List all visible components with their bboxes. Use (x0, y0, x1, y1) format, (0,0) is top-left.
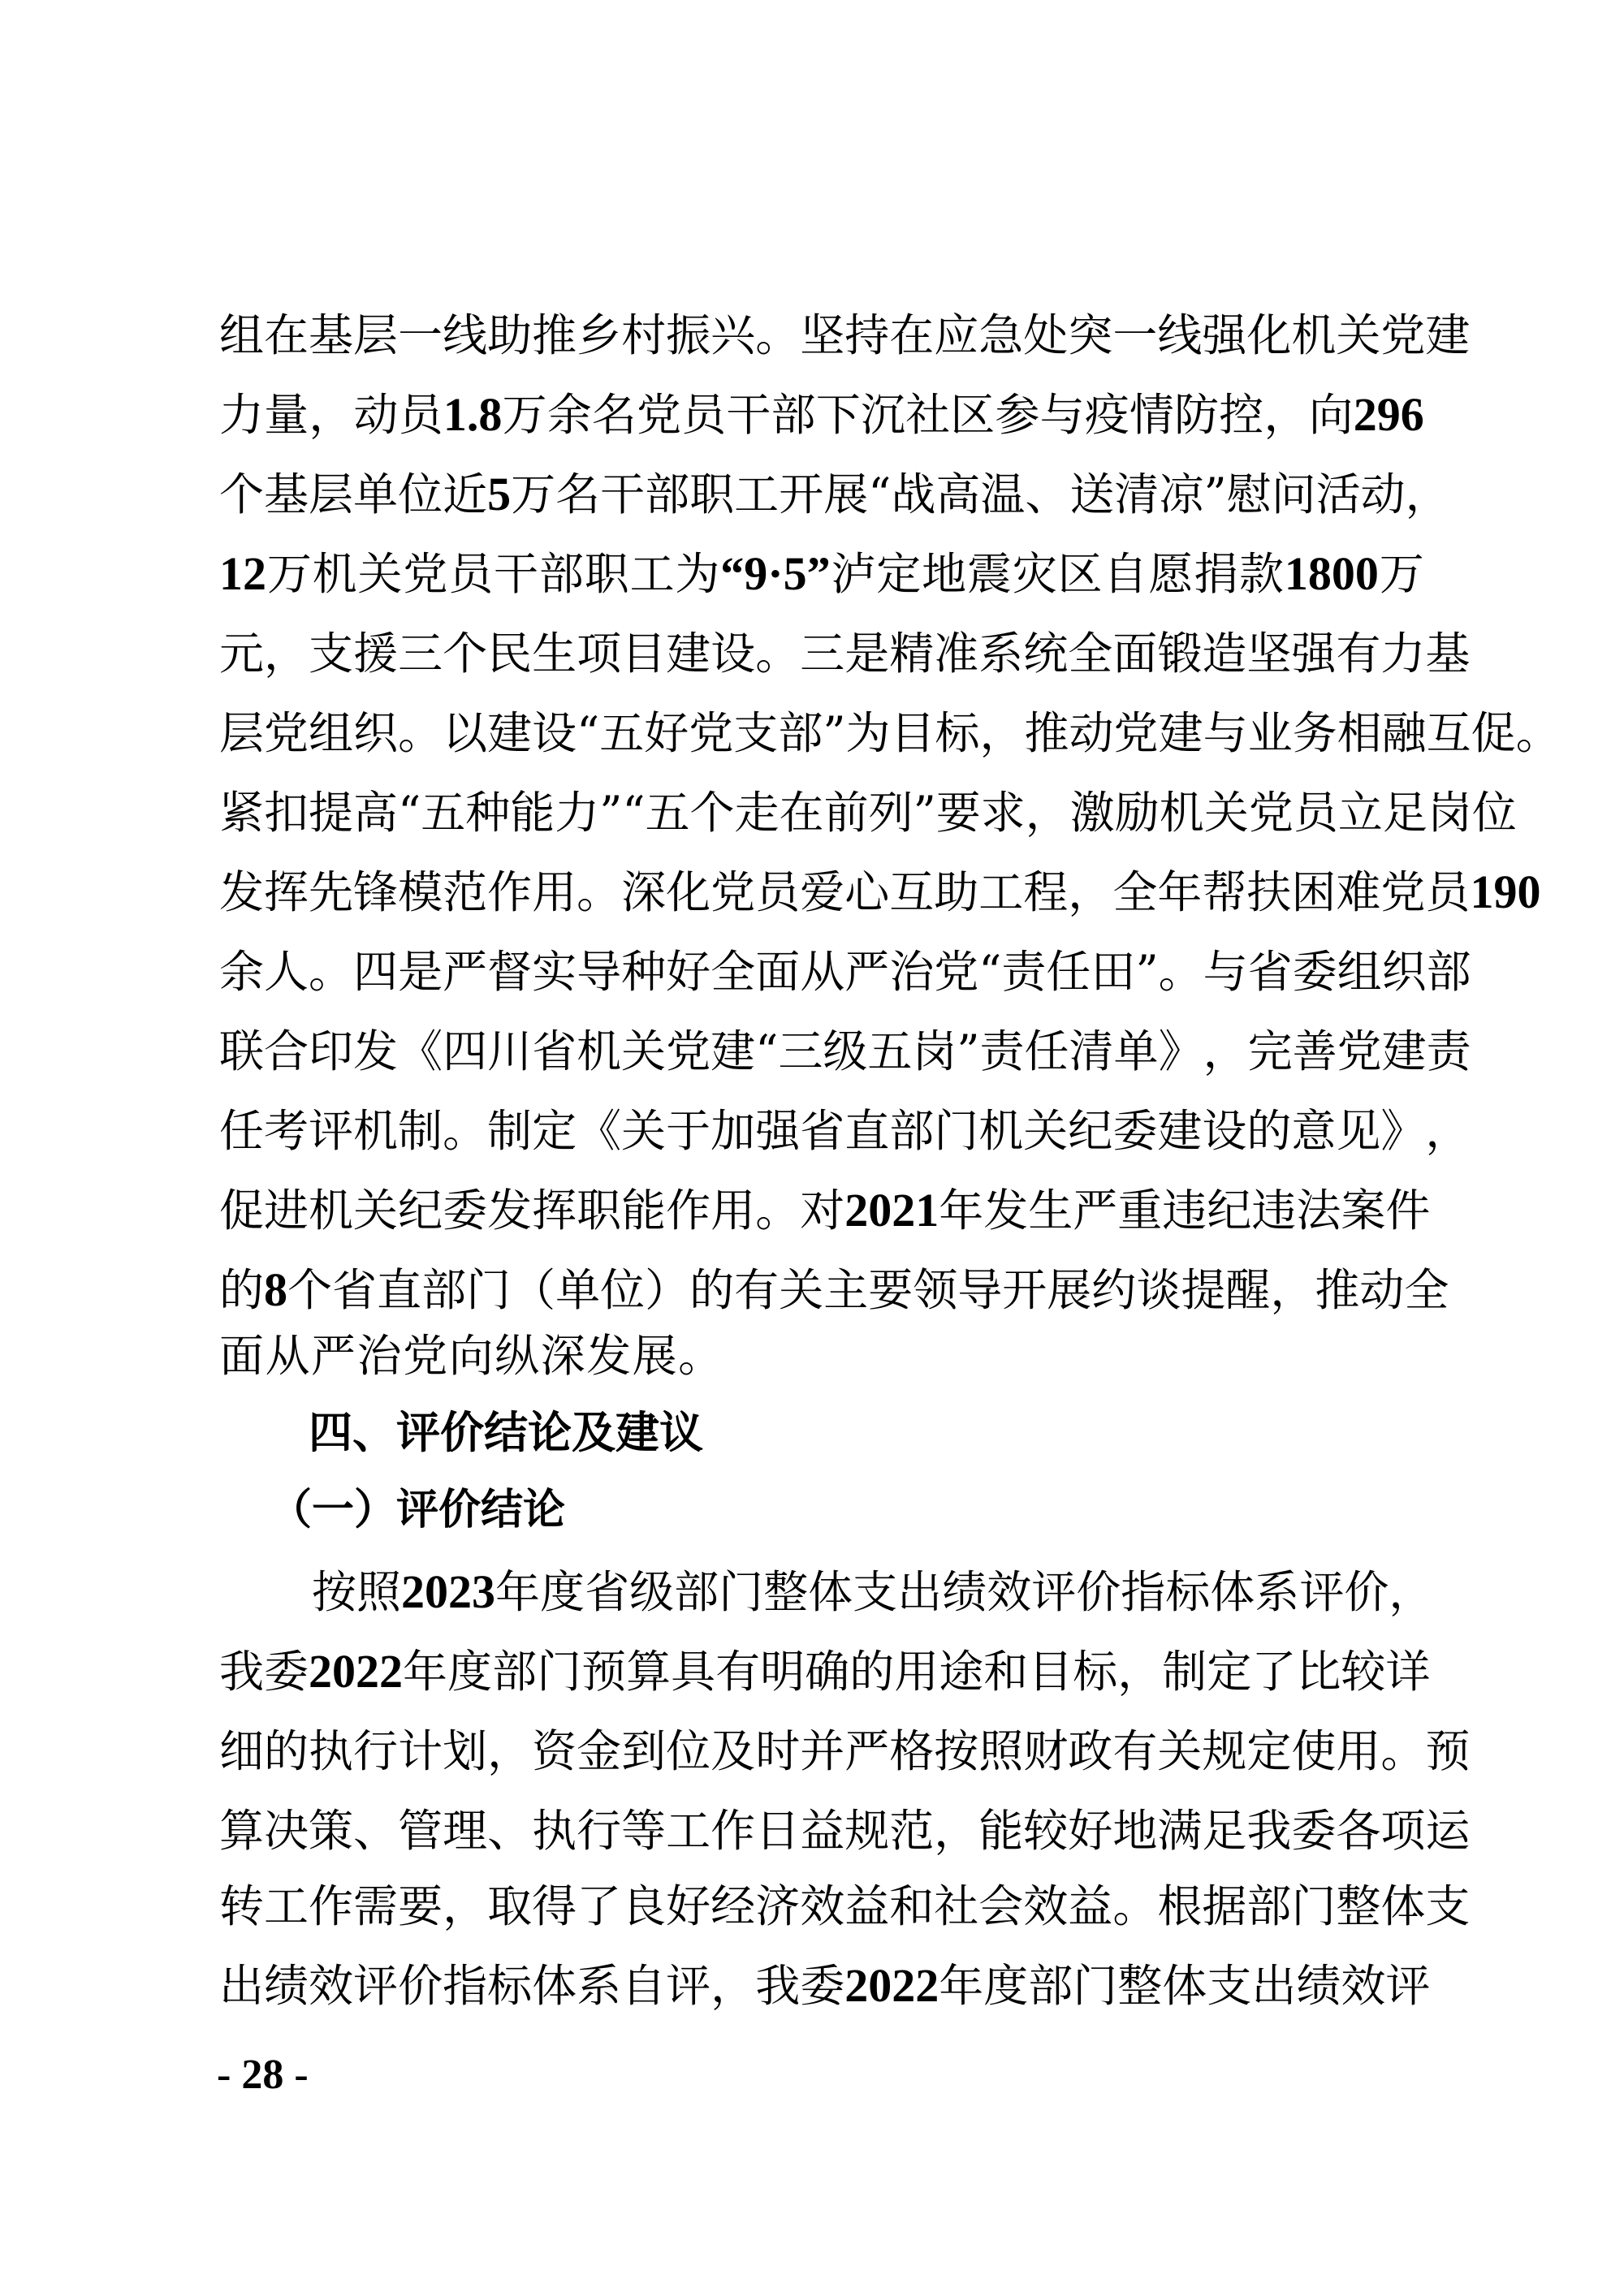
text-line: 我委2022年度部门预算具有明确的用途和目标，制定了比较详 (219, 1647, 1424, 1696)
text-line: 层党组织。以建设“五好党支部”为目标，推动党建与业务相融互促。 (219, 709, 1424, 757)
text-line: 发挥先锋模范作用。深化党员爱心互助工程，全年帮扶困难党员190 (219, 868, 1424, 917)
bold-number: 2022 (844, 1962, 939, 2010)
bold-number: 1800 (1285, 550, 1379, 598)
text-line: 的8个省直部门（单位）的有关主要领导开展约谈提醒，推动全 (219, 1266, 1424, 1314)
bold-number: 8 (264, 1266, 287, 1314)
text-line: 12万机关党员干部职工为“9·5”泸定地震灾区自愿捐款1800万 (219, 550, 1424, 598)
bold-number: 296 (1354, 391, 1424, 439)
document-page: 组在基层一线助推乡村振兴。坚持在应急处突一线强化机关党建力量，动员1.8万余名党… (0, 0, 1624, 2296)
text-line: 出绩效评价指标体系自评，我委2022年度部门整体支出绩效评 (219, 1962, 1424, 2010)
text-line: 联合印发《四川省机关党建“三级五岗”责任清单》，完善党建责 (219, 1027, 1424, 1076)
text-line: 转工作需要，取得了良好经济效益和社会效益。根据部门整体支 (219, 1882, 1424, 1931)
bold-number: 190 (1470, 868, 1540, 917)
bold-number: “9·5” (720, 550, 830, 598)
bold-number: 5 (487, 470, 511, 519)
text-line: 组在基层一线助推乡村振兴。坚持在应急处突一线强化机关党建 (219, 311, 1424, 360)
text-line: 促进机关纪委发挥职能作用。对2021年发生严重违纪违法案件 (219, 1186, 1424, 1235)
page-number: - 28 - (217, 2052, 309, 2098)
text-line: 算决策、管理、执行等工作日益规范，能较好地满足我委各项运 (219, 1806, 1424, 1855)
text-line: 面从严治党向纵深发展。 (219, 1331, 1424, 1380)
text-line: 任考评机制。制定《关于加强省直部门机关纪委建设的意见》， (219, 1107, 1424, 1155)
bold-number: 2022 (309, 1647, 403, 1696)
text-line: 力量，动员1.8万余名党员干部下沉社区参与疫情防控，向296 (219, 391, 1424, 439)
bold-number: 1.8 (443, 391, 503, 439)
bold-number: 12 (219, 550, 266, 598)
text-line: 个基层单位近5万名干部职工开展“战高温、送清凉”慰问活动， (219, 470, 1424, 519)
bold-number: 2021 (844, 1186, 939, 1235)
text-line: 元，支援三个民生项目建设。三是精准系统全面锻造坚强有力基 (219, 629, 1424, 678)
text-line: 按照2023年度省级部门整体支出绩效评价指标体系评价， (312, 1568, 1424, 1616)
subsection-heading: （一）评价结论 (270, 1486, 565, 1534)
text-line: 紧扣提高“五种能力”“五个走在前列”要求，激励机关党员立足岗位 (219, 788, 1424, 837)
section-heading: 四、评价结论及建议 (309, 1409, 703, 1457)
bold-number: 2023 (401, 1568, 495, 1616)
text-line: 细的执行计划，资金到位及时并严格按照财政有关规定使用。预 (219, 1727, 1424, 1776)
text-line: 余人。四是严督实导种好全面从严治党“责任田”。与省委组织部 (219, 947, 1424, 996)
